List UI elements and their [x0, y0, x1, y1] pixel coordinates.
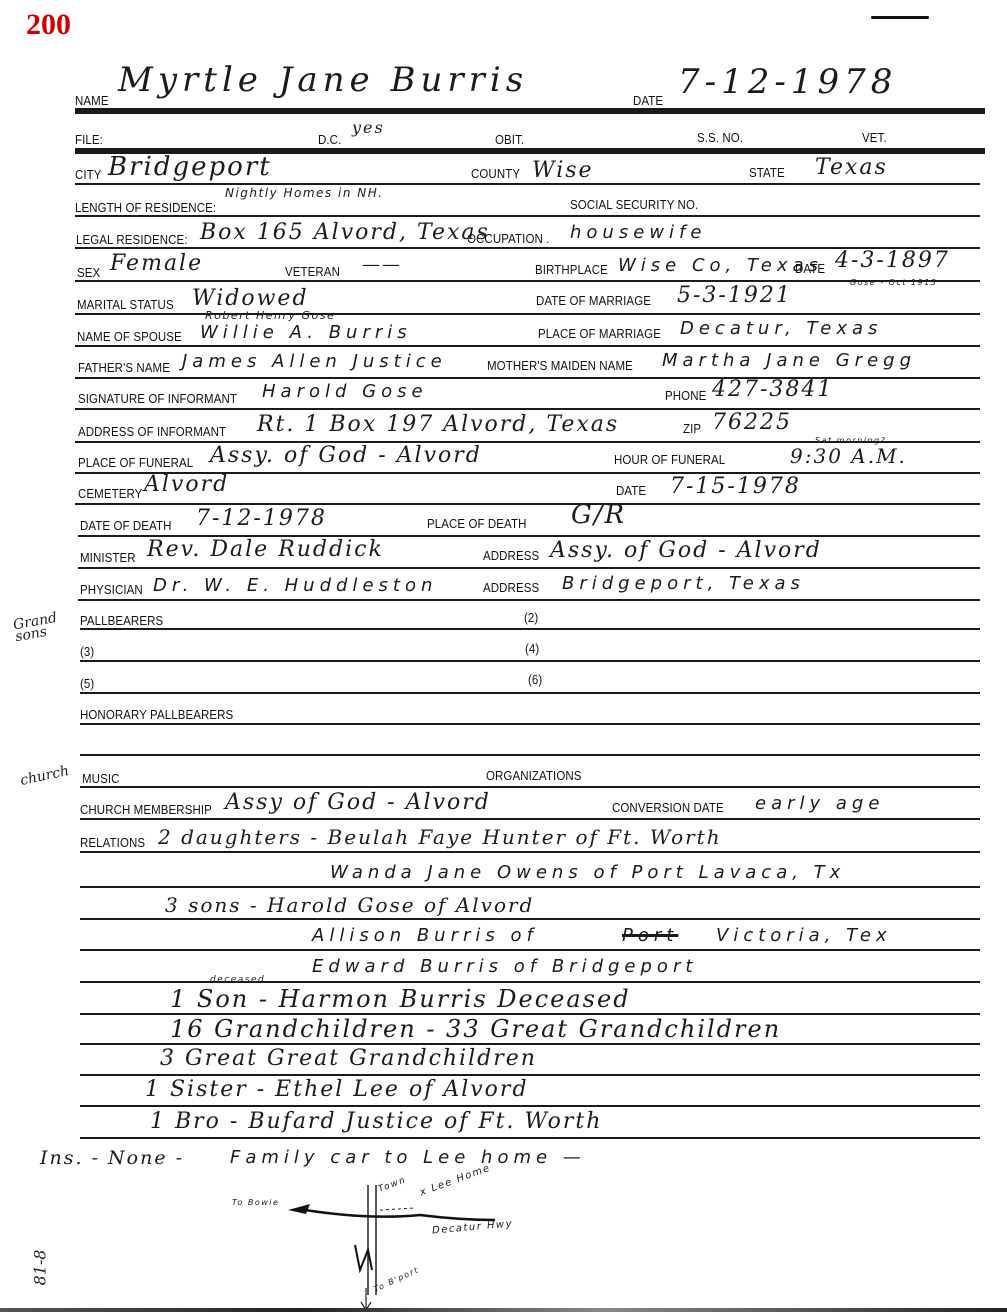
- label-place-of-death: PLACE OF DEATH: [427, 517, 526, 531]
- rule-pb3: [80, 660, 980, 662]
- rule-cemetery: [75, 503, 980, 505]
- rule-relations-4: [80, 949, 980, 951]
- label-name-of-spouse: NAME OF SPOUSE: [77, 330, 182, 344]
- label-pallbearer-3: (3): [80, 645, 94, 659]
- value-place-of-death: G/R: [571, 500, 626, 530]
- label-birthplace: BIRTHPLACE: [535, 263, 608, 277]
- value-date: 7-12-1978: [678, 62, 897, 102]
- relation-line: Wanda Jane Owens of Port Lavaca, Tx: [330, 862, 845, 883]
- hand-drawn-map: [220, 1170, 600, 1310]
- value-dc: yes: [352, 118, 385, 137]
- value-cemetery: Alvord: [144, 472, 229, 497]
- value-birth-date: 4-3-1897: [835, 248, 950, 273]
- value-veteran: ——: [362, 254, 402, 275]
- label-sex: SEX: [77, 266, 100, 280]
- arrow-left-icon: [288, 1204, 310, 1214]
- rule-music: [80, 786, 980, 788]
- label-phone: PHONE: [665, 389, 706, 403]
- label-cemetery-date: DATE: [616, 484, 646, 498]
- value-legal-residence: Box 165 Alvord, Texas: [200, 220, 490, 245]
- value-city: Bridgeport: [108, 152, 272, 182]
- label-birth-date: DATE: [795, 262, 825, 276]
- relation-line: 1 Son - Harmon Burris Deceased: [170, 985, 631, 1013]
- rule-informant: [75, 408, 980, 410]
- value-minister: Rev. Dale Ruddick: [147, 537, 384, 562]
- margin-note-church: church: [19, 763, 71, 789]
- label-physician: PHYSICIAN: [80, 583, 143, 597]
- note-insurance: Ins. - None -: [40, 1147, 184, 1169]
- relation-line-continuation: Victoria, Tex: [716, 925, 892, 946]
- label-physician-address: ADDRESS: [483, 581, 539, 595]
- value-minister-address: Assy. of God - Alvord: [550, 538, 822, 563]
- value-date-of-marriage: 5-3-1921: [677, 283, 792, 308]
- label-signature-of-informant: SIGNATURE OF INFORMANT: [78, 392, 237, 406]
- value-date-of-death: 7-12-1978: [196, 506, 327, 531]
- rule-minister: [78, 567, 980, 569]
- label-dc: D.C.: [318, 133, 341, 147]
- label-church-membership: CHURCH MEMBERSHIP: [80, 803, 212, 817]
- label-place-of-marriage: PLACE OF MARRIAGE: [538, 327, 661, 341]
- value-phone: 427-3841: [712, 377, 833, 402]
- value-birth-note: Gose - Oct 1913: [850, 278, 937, 287]
- rule-relations-3: [80, 918, 980, 920]
- map-label-to-bowie: To Bowie: [232, 1198, 279, 1207]
- rule-sex: [75, 280, 980, 282]
- value-physician-address: Bridgeport, Texas: [562, 573, 805, 594]
- label-occupation: OCCUPATION .: [467, 232, 549, 246]
- label-city: CITY: [75, 168, 102, 182]
- rule-relations-9: [80, 1105, 980, 1107]
- value-occupation: housewife: [570, 222, 706, 243]
- label-relations: RELATIONS: [80, 836, 145, 850]
- page-number: 200: [26, 8, 71, 42]
- rule-relations-8: [80, 1074, 980, 1076]
- label-marital-status: MARITAL STATUS: [77, 298, 174, 312]
- label-ss-no: S.S. NO.: [697, 131, 743, 145]
- relation-line: 2 daughters - Beulah Faye Hunter of Ft. …: [158, 825, 722, 849]
- relation-line: 3 sons - Harold Gose of Alvord: [165, 893, 534, 917]
- label-zip: ZIP: [683, 422, 701, 436]
- rule-father: [75, 377, 980, 379]
- value-address-of-informant: Rt. 1 Box 197 Alvord, Texas: [257, 412, 619, 437]
- value-length-of-residence: Nightly Homes in NH.: [225, 186, 384, 200]
- label-obit: OBIT.: [495, 133, 524, 147]
- label-organizations: ORGANIZATIONS: [486, 769, 582, 783]
- label-state: STATE: [749, 166, 785, 180]
- label-pallbearers: PALLBEARERS: [80, 614, 163, 628]
- label-honorary-pallbearers: HONORARY PALLBEARERS: [80, 708, 233, 722]
- rule-physician: [78, 599, 980, 601]
- page-bottom-border: [0, 1308, 1007, 1312]
- label-length-of-residence: LENGTH OF RESIDENCE:: [75, 201, 216, 215]
- label-conversion-date: CONVERSION DATE: [612, 801, 724, 815]
- value-physician: Dr. W. E. Huddleston: [153, 575, 437, 596]
- value-sex: Female: [110, 251, 203, 276]
- label-place-of-funeral: PLACE OF FUNERAL: [78, 456, 193, 470]
- label-legal-residence: LEGAL RESIDENCE:: [76, 233, 188, 247]
- relation-line: 3 Great Great Grandchildren: [160, 1046, 537, 1071]
- value-spouse-note: Robert Henry Gose: [205, 309, 335, 322]
- value-conversion-date: early age: [755, 793, 884, 814]
- label-county: COUNTY: [471, 167, 520, 181]
- value-county: Wise: [532, 158, 594, 183]
- relation-deceased-note: deceased: [210, 975, 265, 985]
- label-pallbearer-4: (4): [525, 642, 539, 656]
- value-church-membership: Assy of God - Alvord: [225, 790, 491, 815]
- label-veteran: VETERAN: [285, 265, 340, 279]
- label-pallbearer-2: (2): [524, 611, 538, 625]
- rule-file: [75, 148, 985, 151]
- rule-relations-7: [80, 1043, 980, 1045]
- label-file: FILE:: [75, 133, 103, 147]
- rule-relations-1: [80, 851, 980, 853]
- label-address-of-informant: ADDRESS OF INFORMANT: [78, 425, 226, 439]
- label-music: MUSIC: [82, 772, 120, 786]
- rule-city: [75, 183, 980, 185]
- value-state: Texas: [815, 155, 888, 180]
- value-signature-of-informant: Harold Gose: [262, 381, 428, 402]
- value-fathers-name: James Allen Justice: [182, 351, 447, 372]
- label-pallbearer-6: (6): [528, 673, 542, 687]
- label-social-security-no: SOCIAL SECURITY NO.: [570, 198, 698, 212]
- rule-relations-2: [80, 886, 980, 888]
- relation-line: Allison Burris of: [312, 925, 538, 946]
- label-vet: VET.: [862, 131, 887, 145]
- value-place-of-marriage: Decatur, Texas: [680, 318, 882, 339]
- rule-church: [80, 818, 980, 820]
- relation-struck-text: Port: [622, 925, 678, 946]
- value-name-of-spouse: Willie A. Burris: [200, 322, 412, 343]
- rule-blank: [80, 754, 980, 756]
- label-minister: MINISTER: [80, 551, 136, 565]
- relation-line: 1 Sister - Ethel Lee of Alvord: [145, 1077, 529, 1102]
- value-cemetery-date: 7-15-1978: [670, 474, 801, 499]
- label-date-of-death: DATE OF DEATH: [80, 519, 171, 533]
- label-pallbearer-5: (5): [80, 677, 94, 691]
- label-name: NAME: [75, 94, 109, 108]
- value-name: Myrtle Jane Burris: [118, 60, 528, 100]
- value-mothers-maiden-name: Martha Jane Gregg: [662, 350, 916, 371]
- value-zip: 76225: [712, 410, 792, 435]
- rule-pb5: [80, 692, 980, 694]
- rule-spouse: [75, 345, 980, 347]
- relation-line: 1 Bro - Bufard Justice of Ft. Worth: [150, 1109, 602, 1134]
- value-place-of-funeral: Assy. of God - Alvord: [210, 443, 482, 468]
- relation-line: 16 Grandchildren - 33 Great Grandchildre…: [170, 1015, 781, 1043]
- relation-line: Edward Burris of Bridgeport: [312, 956, 697, 977]
- label-hour-of-funeral: HOUR OF FUNERAL: [614, 453, 725, 467]
- rule-relations-10: [80, 1137, 980, 1139]
- value-marital-status: Widowed: [192, 286, 309, 311]
- value-hour-of-funeral: 9:30 A.M.: [790, 444, 907, 468]
- margin-note-side-code: 81-8: [30, 1250, 49, 1286]
- label-minister-address: ADDRESS: [483, 549, 539, 563]
- rule-residence: [75, 215, 980, 217]
- label-cemetery: CEMETERY: [78, 487, 142, 501]
- rule-name: [75, 108, 985, 111]
- note-family-car: Family car to Lee home —: [230, 1147, 586, 1168]
- label-date-of-marriage: DATE OF MARRIAGE: [536, 294, 651, 308]
- label-fathers-name: FATHER'S NAME: [78, 361, 170, 375]
- label-mothers-maiden-name: MOTHER'S MAIDEN NAME: [487, 359, 633, 373]
- label-date: DATE: [633, 94, 663, 108]
- rule-honorary: [80, 723, 980, 725]
- value-birthplace: Wise Co, Texas: [618, 255, 823, 276]
- rule-pallbearers: [80, 628, 980, 630]
- margin-note-grand-sons: Grand sons: [12, 611, 65, 643]
- top-dash-mark: [871, 16, 929, 19]
